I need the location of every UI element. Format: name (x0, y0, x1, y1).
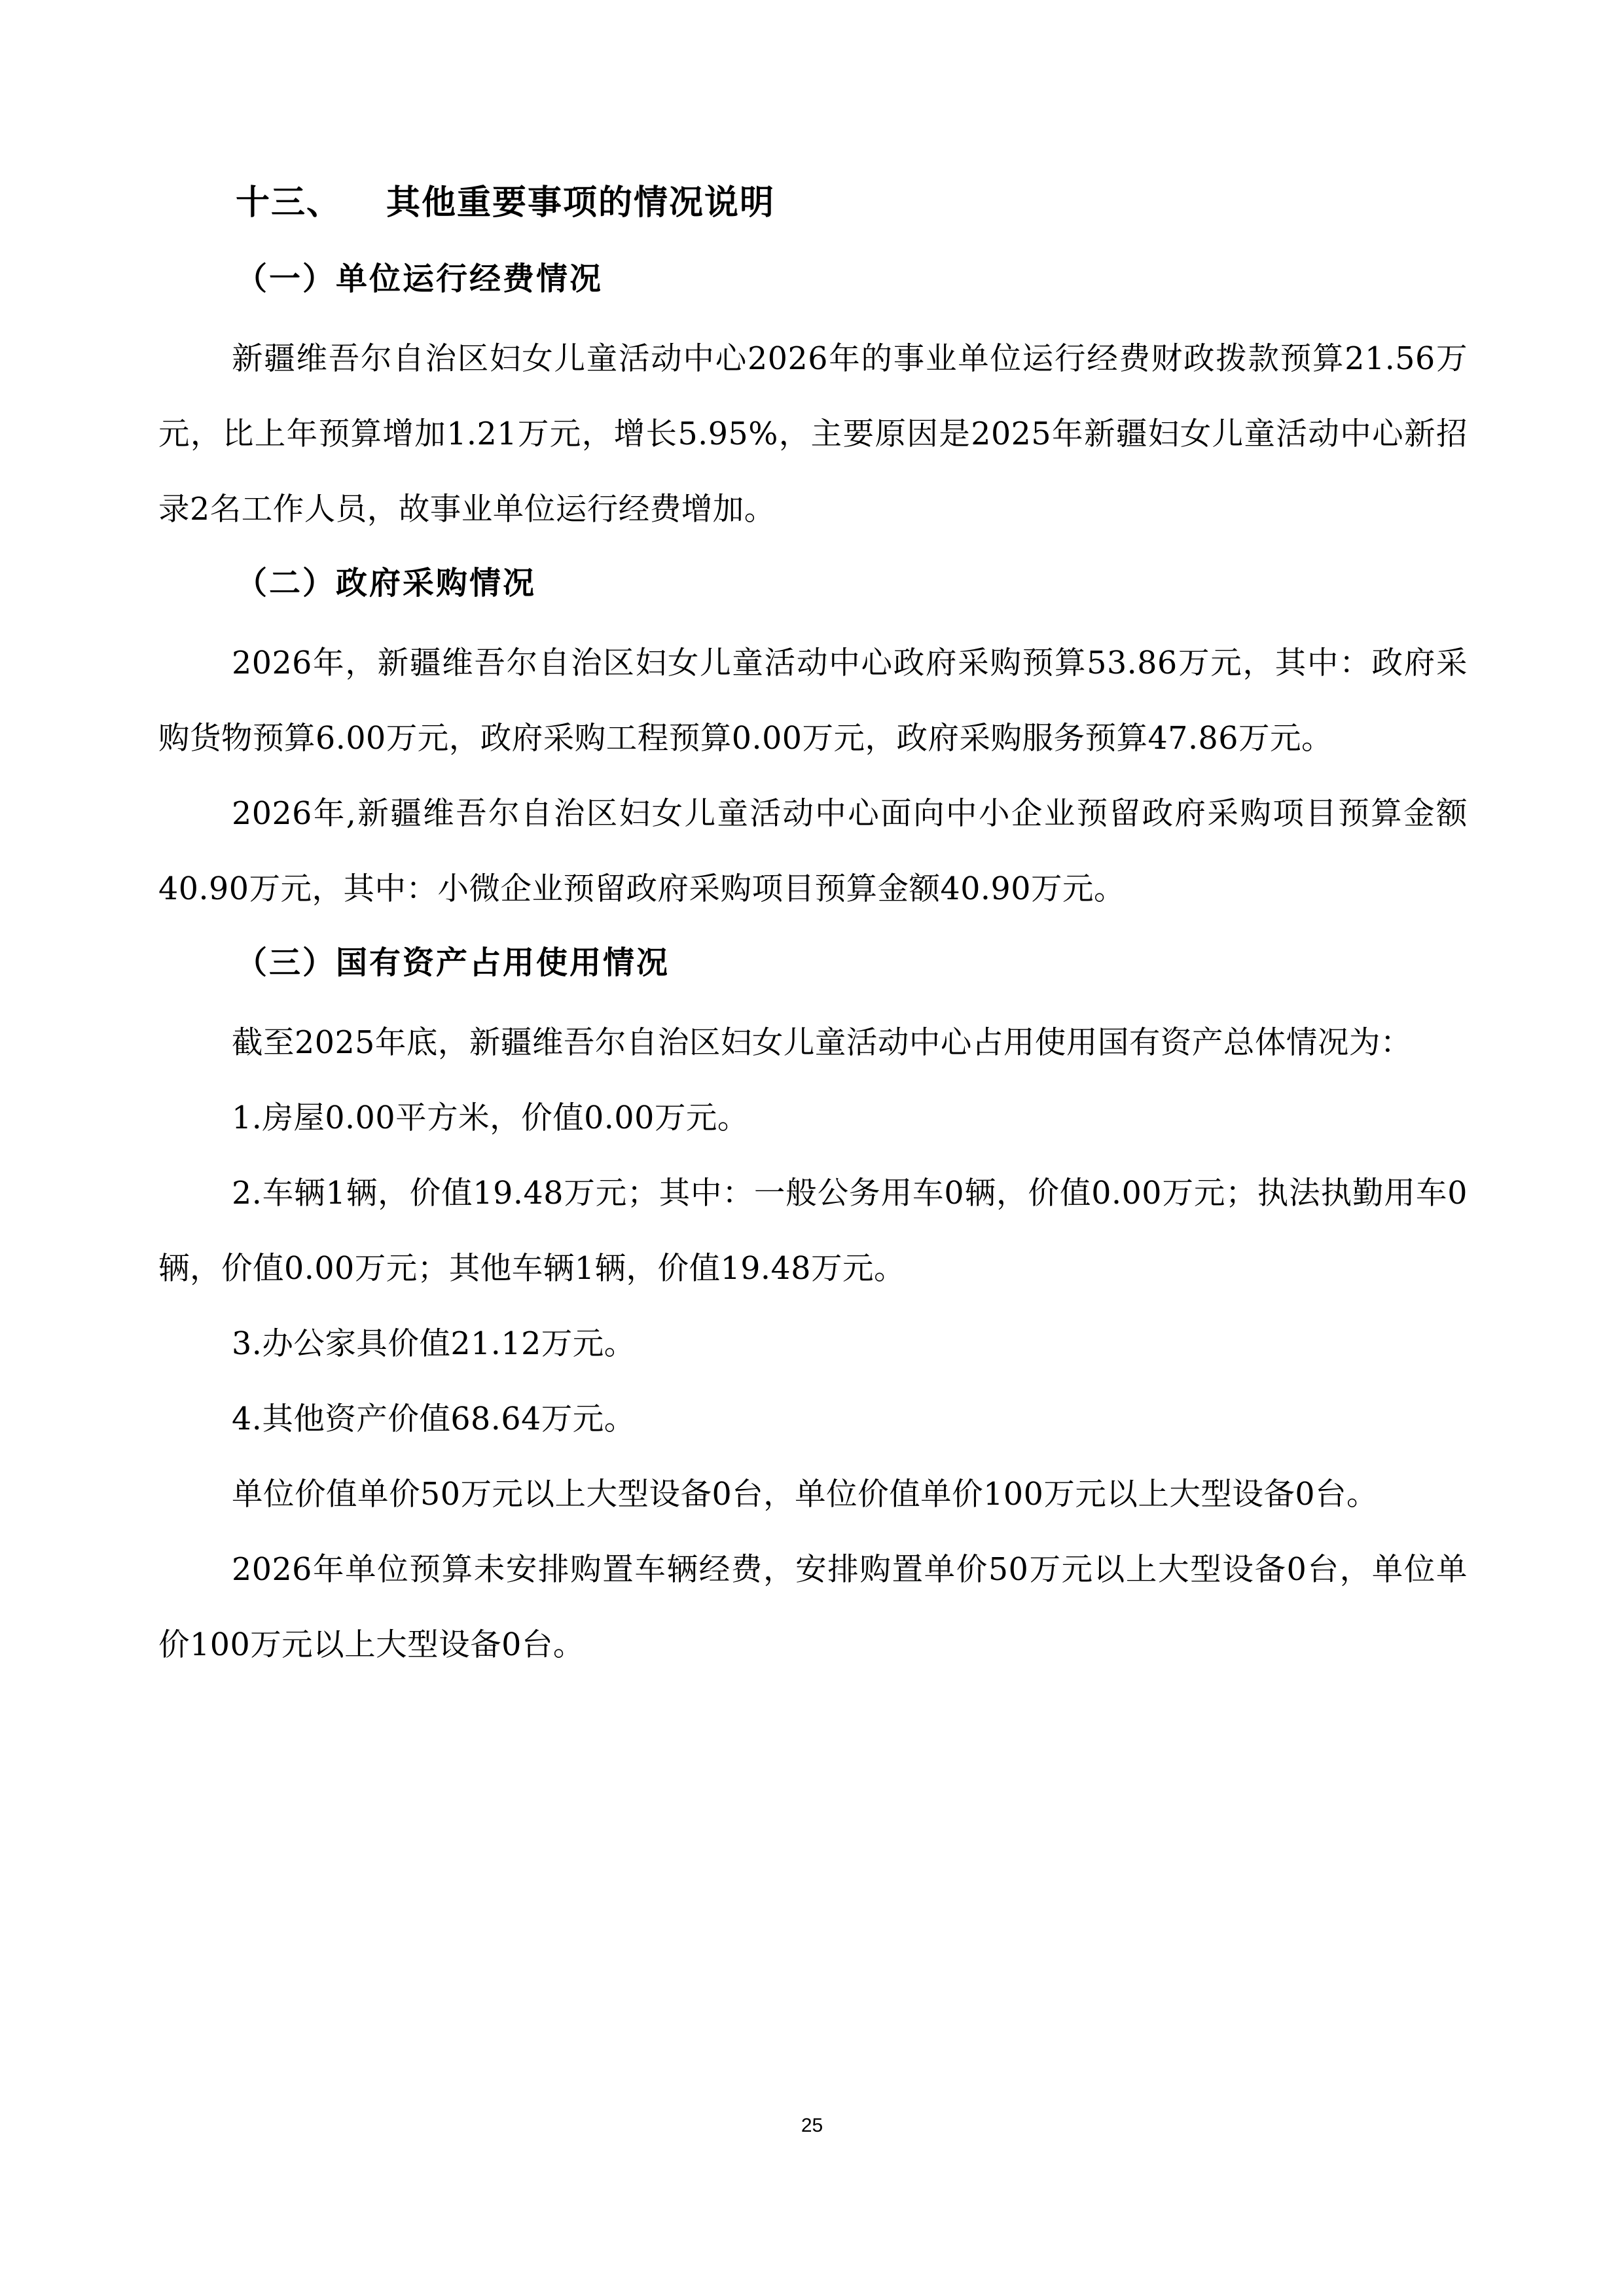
page-number: 25 (0, 2113, 1624, 2139)
section-number: 十三、 (236, 171, 386, 234)
list-item-vehicles: 2.车辆1辆，价值19.48万元；其中：一般公务用车0辆，价值0.00万元；执法… (158, 1156, 1468, 1306)
paragraph-assets-intro: 截至2025年底，新疆维吾尔自治区妇女儿童活动中心占用使用国有资产总体情况为： (158, 1005, 1468, 1081)
section-title: 其他重要事项的情况说明 (386, 183, 775, 223)
paragraph-2026-purchase-plan: 2026年单位预算未安排购置车辆经费，安排购置单价50万元以上大型设备0台，单位… (158, 1532, 1468, 1683)
subsection-heading-state-assets: （三）国有资产占用使用情况 (236, 930, 1468, 996)
paragraph-sme-reserved: 2026年,新疆维吾尔自治区妇女儿童活动中心面向中小企业预留政府采购项目预算金额… (158, 776, 1468, 927)
paragraph-procurement-budget: 2026年，新疆维吾尔自治区妇女儿童活动中心政府采购预算53.86万元，其中：政… (158, 626, 1468, 776)
paragraph-operating-costs: 新疆维吾尔自治区妇女儿童活动中心2026年的事业单位运行经费财政拨款预算21.5… (158, 321, 1468, 547)
list-item-other-assets: 4.其他资产价值68.64万元。 (158, 1382, 1468, 1457)
page-content: 十三、其他重要事项的情况说明 （一）单位运行经费情况 新疆维吾尔自治区妇女儿童活… (158, 171, 1468, 1683)
subsection-heading-operating-costs: （一）单位运行经费情况 (236, 246, 1468, 312)
document-page: 十三、其他重要事项的情况说明 （一）单位运行经费情况 新疆维吾尔自治区妇女儿童活… (0, 0, 1624, 2296)
paragraph-large-equipment: 单位价值单价50万元以上大型设备0台，单位价值单价100万元以上大型设备0台。 (158, 1457, 1468, 1532)
list-item-office-furniture: 3.办公家具价值21.12万元。 (158, 1306, 1468, 1382)
subsection-heading-procurement: （二）政府采购情况 (236, 550, 1468, 616)
list-item-housing: 1.房屋0.00平方米，价值0.00万元。 (158, 1081, 1468, 1156)
section-heading: 十三、其他重要事项的情况说明 (236, 171, 1468, 234)
